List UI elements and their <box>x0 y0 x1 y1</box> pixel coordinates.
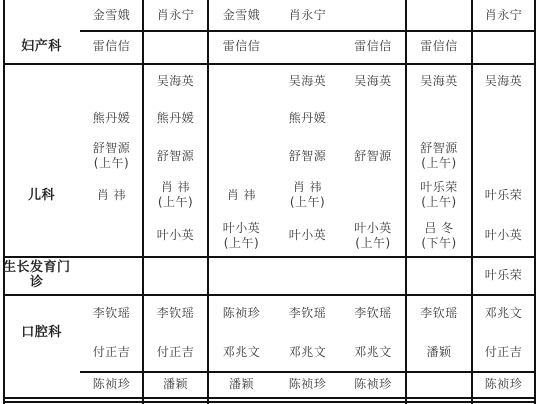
schedule-cell: 舒智源 <box>143 137 208 175</box>
schedule-cell <box>143 30 208 63</box>
schedule-cell: 金雪娥 <box>80 0 143 30</box>
schedule-table: 妇产科 儿科 生长发育门 诊 口腔科 金雪娥肖永宁金雪娥肖永宁肖永宁雷信信雷信信… <box>0 0 540 404</box>
schedule-cell <box>208 137 275 175</box>
schedule-cell: 肖 祎 <box>208 175 275 215</box>
schedule-cell: 付正吉 <box>472 333 535 371</box>
schedule-cell: 叶小英 <box>143 215 208 256</box>
schedule-cell: 雷信信 <box>208 30 275 63</box>
schedule-cell: 李钦瑶 <box>80 294 143 333</box>
schedule-cell <box>472 30 535 63</box>
schedule-cell: 叶小英 (上午) <box>340 215 406 256</box>
schedule-cell: 吴海英 <box>472 63 535 100</box>
schedule-cell: 舒智源 (上午) <box>406 137 472 175</box>
schedule-cell <box>340 0 406 30</box>
schedule-cell: 陈祯珍 <box>80 371 143 397</box>
schedule-cell <box>80 63 143 100</box>
schedule-cell <box>340 256 406 294</box>
schedule-cell <box>275 256 340 294</box>
schedule-cell <box>208 63 275 100</box>
schedule-cell <box>208 100 275 137</box>
schedule-cell: 邓兆文 <box>472 294 535 333</box>
schedule-cell: 吴海英 <box>340 63 406 100</box>
dept-growth-clinic: 生长发育门 诊 <box>3 256 80 294</box>
schedule-cell <box>406 0 472 30</box>
schedule-cell: 邓兆文 <box>340 333 406 371</box>
schedule-cell <box>80 215 143 256</box>
schedule-cell <box>208 256 275 294</box>
schedule-cell: 叶乐荣 <box>472 256 535 294</box>
dept-dental: 口腔科 <box>3 294 80 371</box>
schedule-cell: 潘颖 <box>406 333 472 371</box>
schedule-cell: 吴海英 <box>406 63 472 100</box>
schedule-cell: 陈祯珍 <box>340 371 406 397</box>
schedule-cell: 雷信信 <box>406 30 472 63</box>
schedule-cell: 陈祯珍 <box>275 371 340 397</box>
schedule-cell: 熊丹媛 <box>143 100 208 137</box>
dept-obstetrics: 妇产科 <box>3 30 80 63</box>
schedule-cell: 熊丹媛 <box>275 100 340 137</box>
schedule-cell: 舒智源 (上午) <box>80 137 143 175</box>
schedule-cell: 邓兆文 <box>208 333 275 371</box>
table-border-bottom <box>3 397 536 399</box>
schedule-cell: 熊丹媛 <box>80 100 143 137</box>
schedule-cell: 肖 祎 (上午) <box>275 175 340 215</box>
schedule-cell: 叶小英 <box>472 215 535 256</box>
schedule-cell: 陈祯珍 <box>208 294 275 333</box>
schedule-cell: 舒智源 <box>275 137 340 175</box>
schedule-cell: 雷信信 <box>80 30 143 63</box>
schedule-cell: 潘颖 <box>208 371 275 397</box>
schedule-cell <box>340 175 406 215</box>
dept-pediatrics: 儿科 <box>3 175 80 215</box>
schedule-cell: 李钦瑶 <box>275 294 340 333</box>
schedule-cell: 付正吉 <box>80 333 143 371</box>
schedule-cell <box>406 256 472 294</box>
schedule-cell: 潘颖 <box>143 371 208 397</box>
schedule-cell: 肖永宁 <box>143 0 208 30</box>
schedule-cell: 金雪娥 <box>208 0 275 30</box>
schedule-cell: 李钦瑶 <box>340 294 406 333</box>
schedule-cell <box>80 256 143 294</box>
schedule-cell: 邓兆文 <box>275 333 340 371</box>
schedule-cell <box>472 100 535 137</box>
schedule-cell: 肖 祎 <box>80 175 143 215</box>
schedule-cell <box>340 100 406 137</box>
schedule-cell: 叶乐荣 <box>472 175 535 215</box>
schedule-cell: 雷信信 <box>340 30 406 63</box>
schedule-cell <box>406 371 472 397</box>
schedule-cell: 叶乐荣 (上午) <box>406 175 472 215</box>
schedule-cell: 吴海英 <box>143 63 208 100</box>
schedule-cell <box>472 137 535 175</box>
schedule-cell <box>275 30 340 63</box>
table-border-bottom <box>3 401 536 403</box>
schedule-cell: 叶小英 <box>275 215 340 256</box>
schedule-cell: 肖永宁 <box>275 0 340 30</box>
schedule-cell <box>406 100 472 137</box>
schedule-cell: 吕 冬 (下午) <box>406 215 472 256</box>
schedule-cell: 李钦瑶 <box>143 294 208 333</box>
schedule-cell: 李钦瑶 <box>406 294 472 333</box>
schedule-cell: 陈祯珍 <box>472 371 535 397</box>
schedule-cell: 肖永宁 <box>472 0 535 30</box>
schedule-cell: 舒智源 <box>340 137 406 175</box>
schedule-cell: 吴海英 <box>275 63 340 100</box>
schedule-cell <box>143 256 208 294</box>
schedule-cell: 付正吉 <box>143 333 208 371</box>
schedule-cell: 肖 祎 (上午) <box>143 175 208 215</box>
schedule-cell: 叶小英 (上午) <box>208 215 275 256</box>
